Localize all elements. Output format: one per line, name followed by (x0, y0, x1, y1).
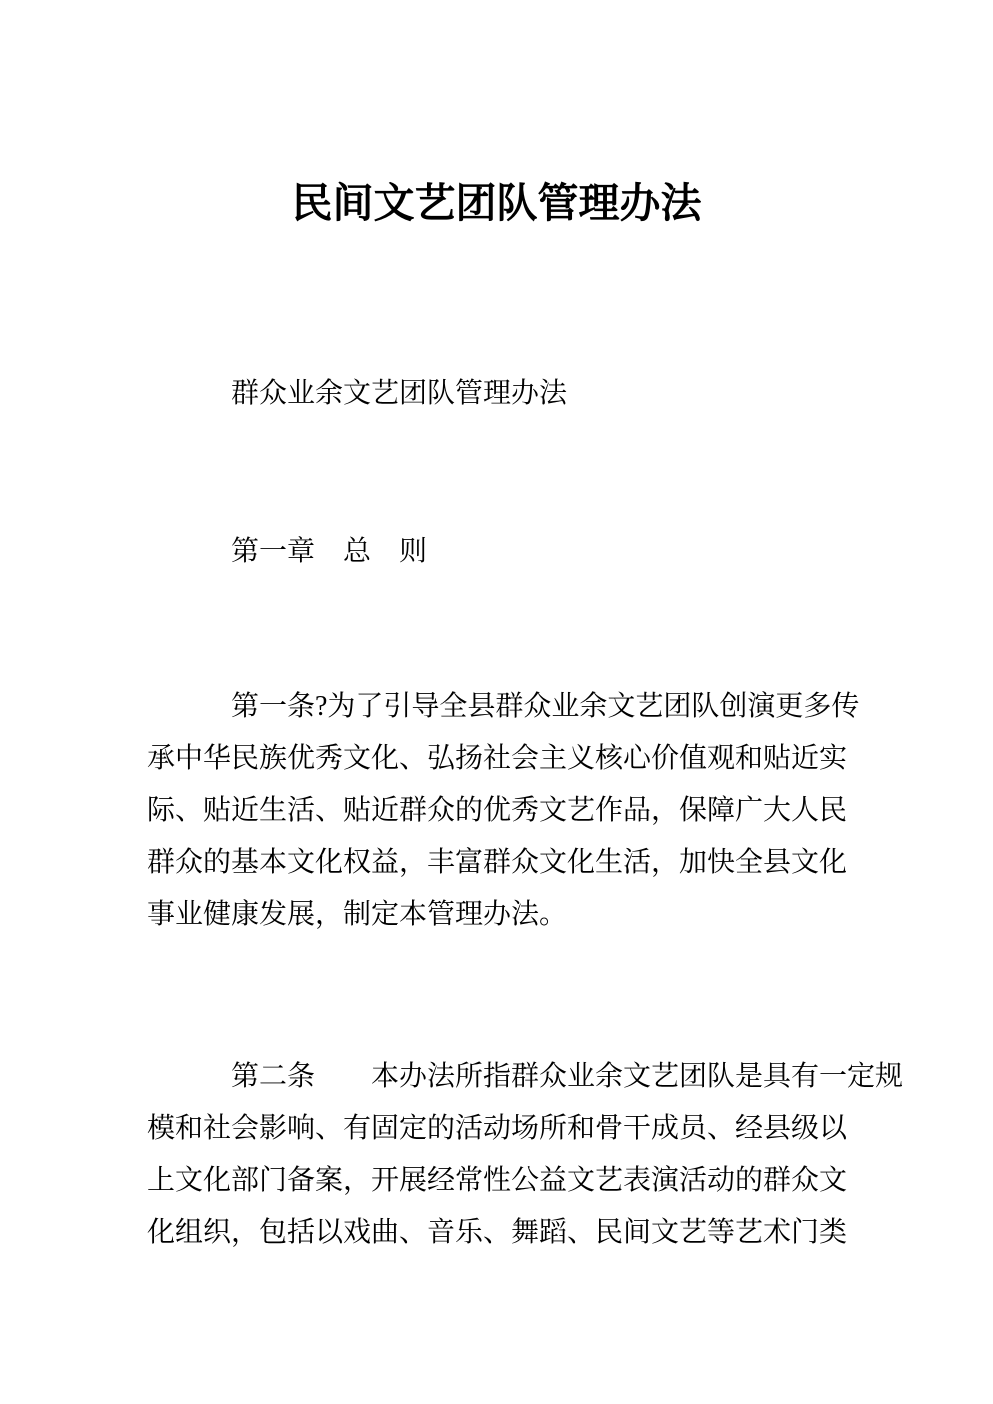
text-line: 第二条 本办法所指群众业余文艺团队是具有一定规 (147, 1051, 937, 1103)
text-line: 第一条?为了引导全县群众业余文艺团队创演更多传 (147, 681, 937, 733)
document-page: 民间文艺团队管理办法 群众业余文艺团队管理办法 第一章 总 则 第一条?为了引导… (0, 0, 993, 1404)
text-line: 上文化部门备案，开展经常性公益文艺表演活动的群众文 (147, 1155, 937, 1207)
paragraph-2: 第二条 本办法所指群众业余文艺团队是具有一定规 模和社会影响、有固定的活动场所和… (147, 1051, 937, 1259)
text-line: 模和社会影响、有固定的活动场所和骨干成员、经县级以 (147, 1103, 937, 1155)
paragraph-1: 第一条?为了引导全县群众业余文艺团队创演更多传 承中华民族优秀文化、弘扬社会主义… (147, 681, 937, 941)
text-line: 承中华民族优秀文化、弘扬社会主义核心价值观和贴近实 (147, 733, 937, 785)
chapter-heading-line: 第一章 总 则 (147, 526, 427, 578)
text-line: 际、贴近生活、贴近群众的优秀文艺作品，保障广大人民 (147, 785, 937, 837)
document-title: 民间文艺团队管理办法 (0, 179, 993, 227)
text-line: 事业健康发展，制定本管理办法。 (147, 889, 937, 941)
subtitle-line: 群众业余文艺团队管理办法 (147, 368, 567, 420)
document-subtitle: 群众业余文艺团队管理办法 (147, 368, 567, 420)
text-line: 化组织，包括以戏曲、音乐、舞蹈、民间文艺等艺术门类 (147, 1207, 937, 1259)
text-line: 群众的基本文化权益，丰富群众文化生活，加快全县文化 (147, 837, 937, 889)
chapter-heading: 第一章 总 则 (147, 526, 427, 578)
